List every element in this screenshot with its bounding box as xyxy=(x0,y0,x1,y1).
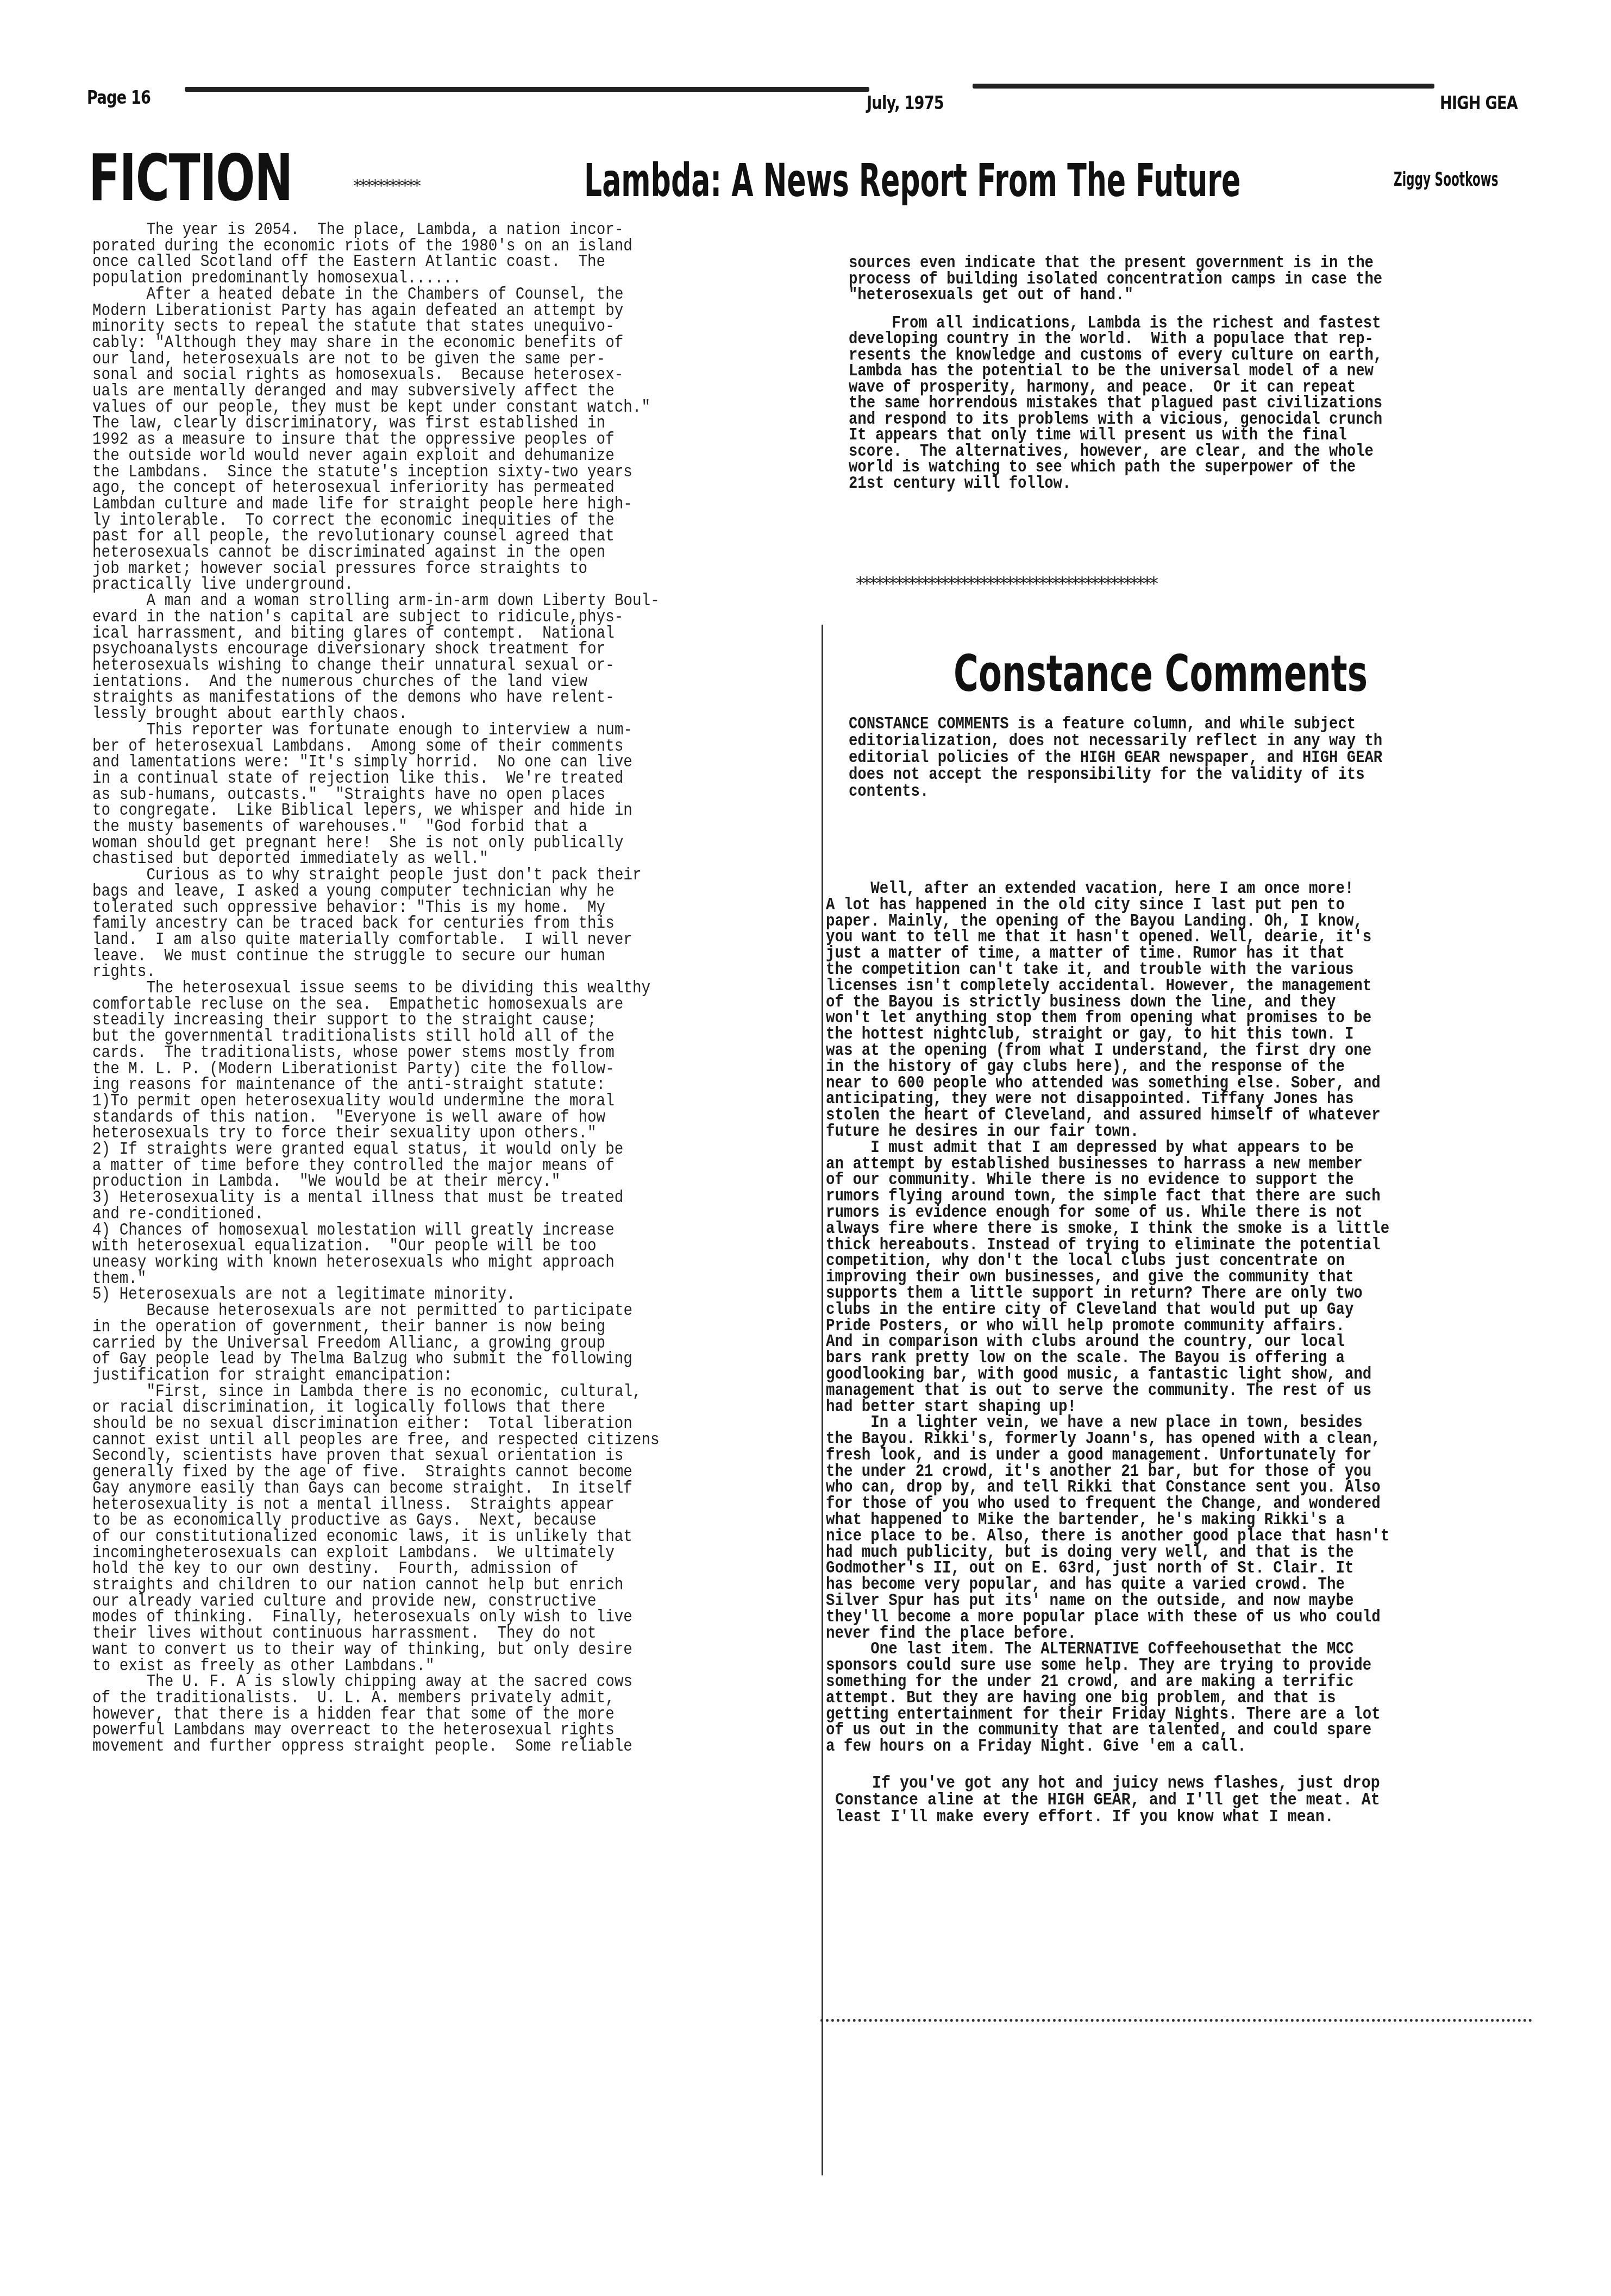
article-paragraph: The U. F. A is slowly chipping away at t… xyxy=(92,1675,808,1756)
article-paragraph: Curious as to why straight people just d… xyxy=(92,868,808,981)
article-paragraph: This reporter was fortunate enough to in… xyxy=(92,723,808,868)
column-disclaimer: CONSTANCE COMMENTS is a feature column, … xyxy=(849,716,1566,800)
article-paragraph: From all indications, Lambda is the rich… xyxy=(849,316,1566,492)
column-title: Constance Comments xyxy=(954,649,1368,699)
article-continuation: sources even indicate that the present g… xyxy=(849,255,1484,492)
decorative-stars: *********** xyxy=(353,177,419,196)
column-paragraph: In a lighter vein, we have a new place i… xyxy=(826,1415,1557,1641)
article-paragraph: A man and a woman strolling arm-in-arm d… xyxy=(92,594,808,723)
article-byline: Ziggy Sootkows xyxy=(1394,168,1499,191)
column-paragraph: Well, after an extended vacation, here I… xyxy=(826,881,1557,1140)
header-rule-left xyxy=(185,87,869,92)
column-signoff: If you've got any hot and juicy news fla… xyxy=(826,1775,1557,1825)
publication-name: HIGH GEA xyxy=(1440,92,1518,114)
article-paragraph: "First, since in Lambda there is no econ… xyxy=(92,1385,808,1675)
issue-date: July, 1975 xyxy=(867,92,944,114)
column-paragraph: One last item. The ALTERNATIVE Coffeehou… xyxy=(826,1641,1557,1755)
separator-stars: ****************************************… xyxy=(856,573,1156,595)
page-number: Page 16 xyxy=(87,87,151,109)
column-paragraph: I must admit that I am depressed by what… xyxy=(826,1140,1557,1416)
article-headline: Lambda: A News Report From The Future xyxy=(584,158,1240,203)
header-rule-right xyxy=(973,84,1434,89)
bottom-dotted-rule xyxy=(820,2019,1532,2022)
article-paragraph: After a heated debate in the Chambers of… xyxy=(92,287,808,594)
column-divider xyxy=(822,625,823,2175)
article-paragraph: The year is 2054. The place, Lambda, a n… xyxy=(92,223,808,287)
article-paragraph: Because heterosexuals are not permitted … xyxy=(92,1304,808,1385)
column-body: Well, after an extended vacation, here I… xyxy=(826,881,1557,1825)
article-paragraph: The heterosexual issue seems to be divid… xyxy=(92,981,808,1304)
section-label: FICTION xyxy=(89,146,292,210)
article-left-column: The year is 2054. The place, Lambda, a n… xyxy=(92,223,808,1756)
article-paragraph: sources even indicate that the present g… xyxy=(849,255,1566,304)
